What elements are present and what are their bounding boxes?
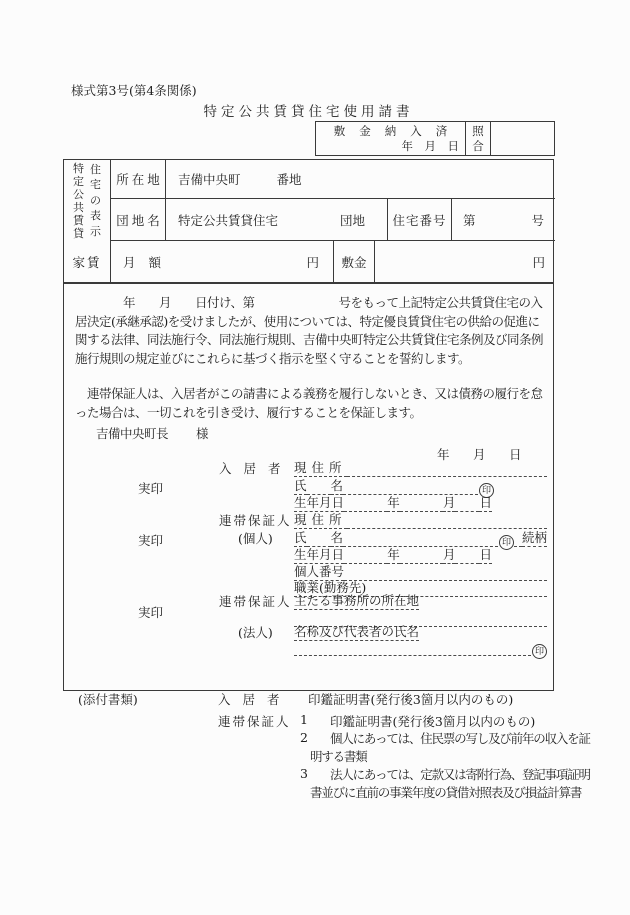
day-label: 日: [479, 493, 492, 512]
attachments-resident-role: 入居者: [218, 690, 292, 708]
pledge-paragraph-2: 連帯保証人は、入居者がこの請書による義務を履行しないとき、又は債務の履行を怠った…: [75, 385, 543, 422]
attachment-item-number: 1: [300, 712, 308, 727]
side-label-line2: 住宅の表示: [89, 162, 103, 240]
collate-label: 照合: [471, 124, 485, 154]
blank: [514, 546, 522, 547]
deposit-paid-table: 敷金納入済 年 月 日 照合: [315, 121, 555, 156]
rent-label: 家賃: [64, 241, 111, 283]
resident-address-blank: [347, 476, 547, 477]
monthly-rent-label: 月額: [123, 253, 174, 271]
housing-description-table: 特定公共賃貸 住宅の表示 所在地 吉備中央町 番地 団地名 特定公共賃貸住宅 団…: [63, 159, 554, 283]
collate-cell: 照合: [466, 122, 491, 155]
location-suffix: 番地: [277, 170, 302, 188]
unit-number-cell: 第 号: [452, 199, 555, 241]
complex-value: 特定公共賃貸住宅: [178, 211, 278, 229]
corporate-office-label: 主たる事務所の所在地: [294, 591, 419, 610]
month-label: 月: [443, 493, 456, 512]
resident-address-line: 入居者 現住所: [219, 461, 547, 477]
attachment-item-number: 3: [300, 766, 308, 781]
monthly-rent-unit: 円: [174, 253, 319, 271]
pledge-box: 年 月 日付け、第 号をもって上記特定公共賃貸住宅の入居決定(承継承認)を受けま…: [63, 283, 554, 691]
blank: [344, 511, 387, 512]
pledge-paragraph-1: 年 月 日付け、第 号をもって上記特定公共賃貸住宅の入居決定(承継承認)を受けま…: [75, 294, 543, 368]
registered-seal-note-resident: 実印: [138, 479, 163, 497]
blank: [344, 563, 387, 564]
scanned-form-page: 様式第3号(第4条関係) 特定公共賃貸住宅使用請書 敷金納入済 年 月 日 照合…: [0, 0, 630, 915]
addressee: 吉備中央町長: [96, 426, 168, 441]
unit-number-prefix: 第: [463, 211, 476, 229]
deposit-label: 敷金: [334, 241, 375, 283]
registered-seal-note-individual: 実印: [138, 531, 163, 549]
seal-mark-icon: 印: [499, 535, 514, 550]
guarantor-corporate-office-line: 連帯保証人 主たる事務所の所在地: [219, 594, 547, 610]
attachment-item-text: 個人にあっては、住民票の写し及び前年の収入を証明する書類: [310, 730, 590, 765]
seal-mark-icon: 印: [532, 644, 547, 659]
blank: [455, 511, 479, 512]
deposit-value-cell: 円: [375, 241, 555, 283]
blank: [455, 563, 479, 564]
year-label: 年: [387, 545, 400, 564]
guarantor-address-label: 現住所: [294, 510, 347, 529]
day-label: 日: [479, 545, 492, 564]
deposit-paid-cell: 敷金納入済 年 月 日: [316, 122, 466, 155]
attachment-item-text: 法人にあっては、定款又は寄附行為、登記事項証明書並びに直前の事業年度の貸借対照表…: [310, 766, 590, 801]
year-label: 年: [387, 493, 400, 512]
corporate-name-blank: [294, 655, 531, 656]
guarantor-corporate-subrole: (法人): [238, 623, 294, 641]
attachment-item-text: 印鑑証明書(発行後3箇月以内のもの): [330, 712, 535, 730]
resident-address-label: 現住所: [294, 458, 347, 477]
corporate-name-label: 名称及び代表者の氏名: [294, 622, 419, 641]
addressee-line: 吉備中央町長様: [75, 425, 543, 443]
registered-seal-note-corporate: 実印: [138, 603, 163, 621]
guarantor-role-label: 連帯保証人: [219, 511, 294, 529]
attachment-item-number: 2: [300, 730, 308, 745]
table-side-label: 特定公共賃貸 住宅の表示: [64, 160, 111, 241]
attachments-guarantor-role: 連帯保証人: [218, 712, 291, 730]
collate-blank-cell: [491, 122, 554, 155]
resident-name-blank: [343, 494, 478, 495]
page-title: 特定公共賃貸住宅使用請書: [63, 100, 554, 120]
corporate-name-blank-line: 印: [294, 640, 547, 656]
guarantor-individual-address-line: 連帯保証人 現住所: [219, 513, 547, 529]
complex-suffix: 団地: [340, 211, 365, 229]
location-label: 所在地: [111, 160, 166, 199]
complex-label: 団地名: [111, 199, 166, 241]
guarantor-corporate-name-line: (法人) 名称及び代表者の氏名: [238, 625, 547, 641]
deposit-paid-label: 敷金納入済: [316, 123, 465, 139]
location-value: 吉備中央町: [178, 170, 241, 188]
complex-value-cell: 特定公共賃貸住宅 団地: [166, 199, 388, 241]
deposit-date-blank: 年 月 日: [316, 139, 465, 154]
unit-number-label: 住宅番号: [388, 199, 452, 241]
blank: [400, 511, 443, 512]
month-label: 月: [443, 545, 456, 564]
location-value-cell: 吉備中央町 番地: [166, 160, 555, 199]
guarantor-name-blank: [343, 546, 498, 547]
attachments-resident-item: 印鑑証明書(発行後3箇月以内のもの): [308, 690, 513, 708]
form-number: 様式第3号(第4条関係): [71, 81, 197, 99]
guarantor-individual-subrole: (個人): [238, 529, 294, 547]
relation-label: 続柄: [522, 528, 547, 547]
unit-number-suffix: 号: [531, 211, 544, 229]
addressee-honorific: 様: [196, 426, 208, 441]
monthly-rent-cell: 月額 円: [111, 241, 334, 283]
guarantor-role-label: 連帯保証人: [219, 592, 294, 610]
blank: [400, 563, 443, 564]
deposit-unit: 円: [532, 253, 545, 271]
attachments-heading: (添付書類): [78, 690, 138, 708]
attachments-section: (添付書類) 入居者 印鑑証明書(発行後3箇月以内のもの) 連帯保証人 1 印鑑…: [63, 688, 603, 818]
side-label-line1: 特定公共賃貸: [72, 162, 86, 240]
resident-role-label: 入居者: [219, 459, 294, 477]
guarantor-address-blank: [347, 528, 547, 529]
